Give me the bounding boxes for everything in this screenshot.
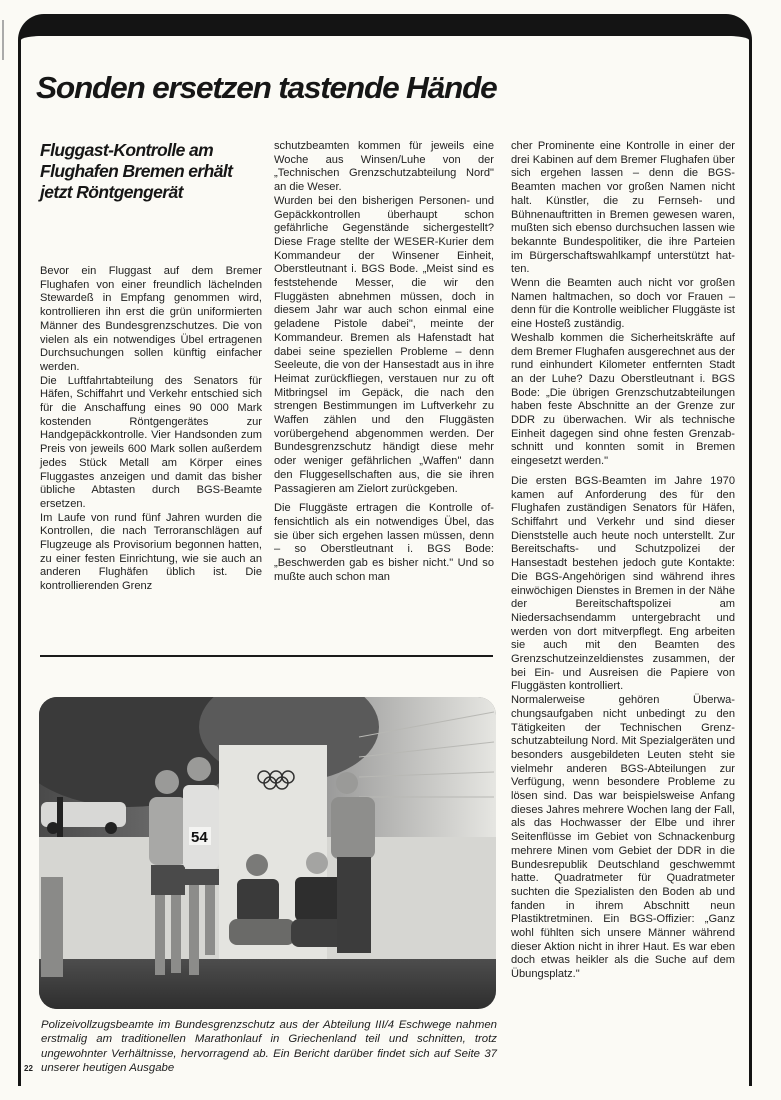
photo-marathon-runners: 54 <box>39 697 496 1009</box>
scan-edge-mark <box>2 20 4 60</box>
paragraph: schutzbeamten kommen für jeweils eine Wo… <box>274 140 494 195</box>
paragraph: Wenn die Beamten auch nicht vor gro­ßen … <box>511 277 735 332</box>
paragraph: Im Laufe von rund fünf Jahren wurden die… <box>40 512 262 594</box>
paragraph: Weshalb kommen die Sicherheitskräfte auf… <box>511 332 735 469</box>
article-column-3: cher Prominente eine Kontrolle in einer … <box>511 140 735 982</box>
paragraph: Die Fluggäste ertragen die Kontrolle of­… <box>274 502 494 584</box>
section-divider <box>40 655 493 657</box>
photo-caption: Polizeivollzugsbeamte im Bundesgrenzschu… <box>41 1018 497 1076</box>
paragraph: Die ersten BGS-Beamten im Jahre 1970 kam… <box>511 475 735 694</box>
paragraph: Normalerweise gehören Überwa­chungsaufga… <box>511 694 735 982</box>
paragraph: Die Luftfahrtabteilung des Senators für … <box>40 375 262 512</box>
article-column-1: Bevor ein Fluggast auf dem Bremer Flugha… <box>40 265 262 594</box>
page-number: 22 <box>24 1064 33 1073</box>
subheadline: Fluggast-Kontrolle am Flughafen Bremen e… <box>40 140 260 203</box>
bib-number: 54 <box>191 829 208 846</box>
paragraph: Wurden bei den bisherigen Personen- und … <box>274 195 494 496</box>
article-column-2: schutzbeamten kommen für jeweils eine Wo… <box>274 140 494 585</box>
headline: Sonden ersetzen tastende Hände <box>36 70 497 106</box>
paragraph: Bevor ein Fluggast auf dem Bremer Flugha… <box>40 265 262 375</box>
paragraph: cher Prominente eine Kontrolle in einer … <box>511 140 735 277</box>
